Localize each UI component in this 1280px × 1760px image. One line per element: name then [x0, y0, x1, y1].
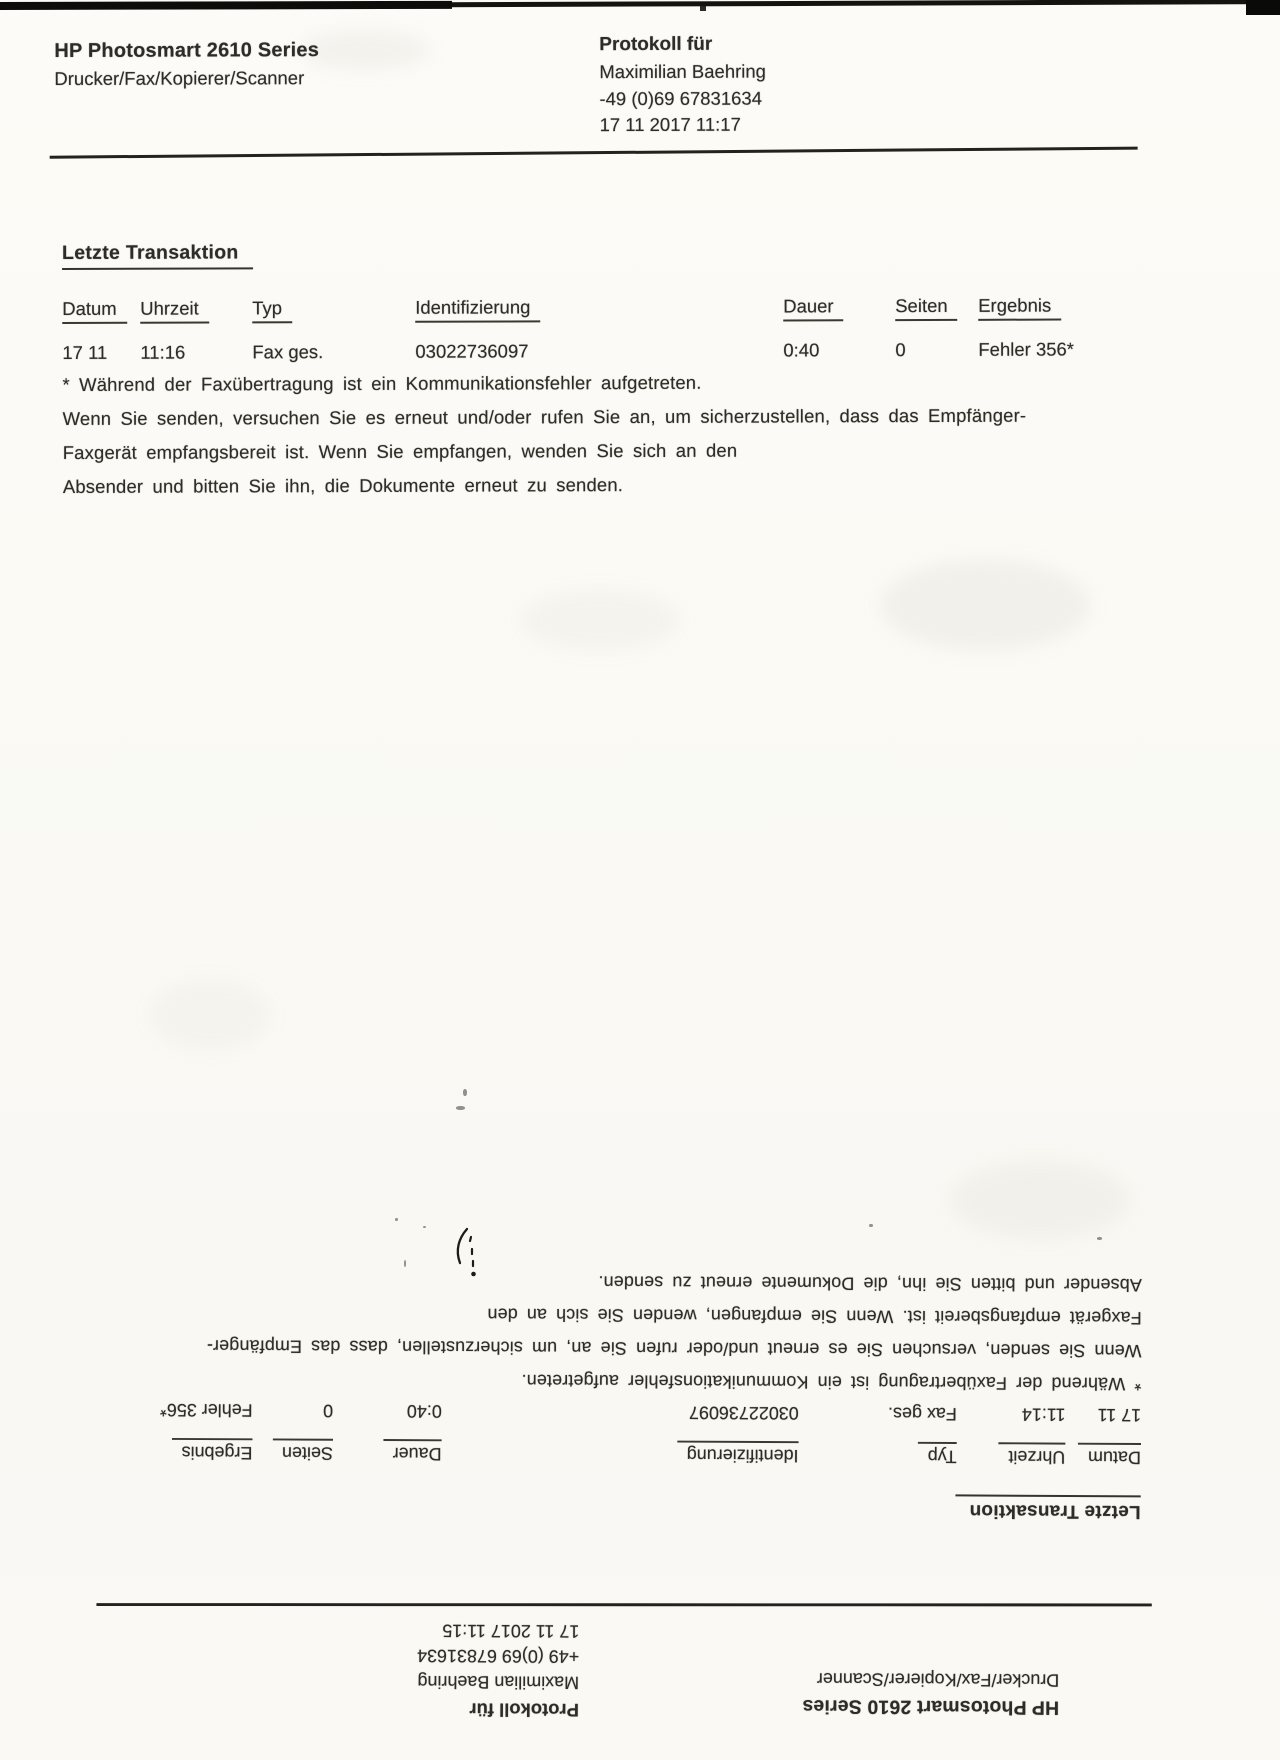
- device-subtitle: Drucker/Fax/Kopierer/Scanner: [54, 67, 304, 90]
- report-datetime: 17 11 2017 11:15: [442, 1620, 579, 1642]
- column-header-seiten: Seiten: [895, 295, 958, 317]
- header-divider-line: [96, 1603, 1151, 1606]
- column-header-seiten-text: Seiten: [895, 295, 958, 321]
- column-header-uhrzeit-text: Uhrzeit: [999, 1442, 1066, 1468]
- fax-report: HP Photosmart 2610 Series Drucker/Fax/Ko…: [0, 0, 1280, 507]
- device-title: HP Photosmart 2610 Series: [802, 1694, 1059, 1718]
- scan-smudge: [950, 1160, 1130, 1240]
- column-header-datum: Datum: [62, 298, 127, 320]
- table-header-row: Datum Uhrzeit Typ Identifizierung Dauer …: [0, 294, 1280, 326]
- column-header-typ: Typ: [918, 1446, 957, 1468]
- scan-artifact: [828, 1320, 831, 1323]
- row-identifizierung: 03022736097: [415, 340, 528, 362]
- column-header-uhrzeit: Uhrzeit: [140, 298, 209, 320]
- row-datum: 17 11: [1098, 1404, 1142, 1426]
- device-title: HP Photosmart 2610 Series: [54, 39, 319, 63]
- scan-artifact: [1097, 1237, 1102, 1240]
- scan-smudge: [150, 980, 270, 1050]
- column-header-typ-text: Typ: [252, 297, 292, 323]
- scan-artifact: [423, 1226, 426, 1228]
- footnote-line: Absender und bitten Sie ihn, die Dokumen…: [598, 1271, 1142, 1295]
- table-header-row: Datum Uhrzeit Typ Identifizierung Dauer …: [0, 1435, 1201, 1469]
- row-seiten: 0: [323, 1400, 333, 1421]
- column-header-dauer: Dauer: [783, 295, 843, 317]
- column-header-dauer: Dauer: [383, 1443, 442, 1465]
- column-header-typ-text: Typ: [918, 1442, 957, 1467]
- fax-report-copy-rotated: HP Photosmart 2610 Series Drucker/Fax/Ko…: [0, 1259, 1202, 1755]
- report-datetime: 17 11 2017 11:17: [600, 114, 741, 136]
- footnote-line: Absender und bitten Sie ihn, die Dokumen…: [63, 474, 623, 498]
- table-row: 17 11 11:16 Fax ges. 03022736097 0:40 0 …: [0, 338, 1280, 370]
- fax-phone-number: -49 (0)69 67831634: [599, 88, 762, 111]
- column-header-seiten-text: Seiten: [272, 1438, 333, 1464]
- row-ergebnis: Fehler 356*: [160, 1399, 253, 1421]
- column-header-ergebnis-text: Ergebnis: [978, 295, 1061, 321]
- footnote-line: Wenn Sie senden, versuchen Sie es erneut…: [207, 1335, 1142, 1361]
- section-title-text: Letzte Transaktion: [62, 241, 253, 270]
- row-uhrzeit: 11:14: [1022, 1404, 1066, 1426]
- section-title: Letzte Transaktion: [956, 1499, 1141, 1522]
- scan-artifact: [463, 1089, 467, 1096]
- scan-artifact: [404, 1260, 406, 1267]
- column-header-typ: Typ: [252, 297, 292, 319]
- column-header-identifizierung-text: Identifizierung: [415, 296, 540, 322]
- scan-artifact: [869, 1224, 873, 1227]
- footnote-line: * Während der Faxübertragung ist ein Kom…: [62, 372, 701, 396]
- column-header-datum-text: Datum: [62, 298, 127, 324]
- row-seiten: 0: [895, 339, 905, 361]
- footnote-line: Faxgerät empfangsbereit ist. Wenn Sie em…: [63, 440, 738, 464]
- header-divider-line: [50, 147, 1138, 159]
- column-header-dauer-text: Dauer: [383, 1439, 442, 1465]
- footnote-line: * Während der Faxübertragung ist ein Kom…: [521, 1370, 1141, 1395]
- column-header-dauer-text: Dauer: [783, 295, 843, 321]
- column-header-seiten: Seiten: [272, 1442, 333, 1464]
- row-uhrzeit: 11:16: [140, 342, 185, 364]
- scan-smudge: [880, 560, 1090, 650]
- scan-artifact: [456, 1106, 465, 1110]
- recipient-name: Maximilian Baehring: [599, 61, 766, 84]
- row-identifizierung: 03022736097: [689, 1402, 799, 1424]
- column-header-datum: Datum: [1078, 1447, 1141, 1469]
- footnote-line: Wenn Sie senden, versuchen Sie es erneut…: [63, 405, 1027, 430]
- table-row: 17 11 11:14 Fax ges. 03022736097 0:40 0 …: [0, 1392, 1201, 1426]
- fax-report: HP Photosmart 2610 Series Drucker/Fax/Ko…: [0, 1259, 1202, 1755]
- protocol-for-label: Protokoll für: [469, 1698, 579, 1720]
- column-header-ergebnis: Ergebnis: [978, 295, 1061, 317]
- column-header-ergebnis-text: Ergebnis: [172, 1438, 253, 1464]
- row-datum: 17 11: [62, 342, 107, 364]
- pen-mark: [450, 1226, 482, 1282]
- recipient-name: Maximilian Baehring: [417, 1671, 579, 1693]
- column-header-identifizierung-text: Identifizierung: [677, 1441, 799, 1467]
- row-ergebnis: Fehler 356*: [978, 338, 1074, 360]
- device-subtitle: Drucker/Fax/Kopierer/Scanner: [817, 1668, 1059, 1691]
- fax-report-copy-upright: HP Photosmart 2610 Series Drucker/Fax/Ko…: [0, 0, 1280, 507]
- section-title: Letzte Transaktion: [62, 241, 253, 265]
- section-title-text: Letzte Transaktion: [956, 1494, 1141, 1522]
- column-header-ergebnis: Ergebnis: [172, 1442, 253, 1464]
- row-dauer: 0:40: [407, 1400, 442, 1422]
- row-dauer: 0:40: [783, 339, 819, 361]
- column-header-uhrzeit: Uhrzeit: [999, 1446, 1066, 1468]
- column-header-identifizierung: Identifizierung: [677, 1444, 799, 1466]
- fax-phone-number: +49 (0)69 67831634: [417, 1645, 579, 1667]
- scan-smudge: [520, 590, 680, 650]
- scan-artifact: [395, 1218, 398, 1221]
- footnote-line: Faxgerät empfangsbereit ist. Wenn Sie em…: [487, 1304, 1141, 1329]
- row-typ: Fax ges.: [252, 341, 323, 363]
- protocol-for-label: Protokoll für: [599, 34, 712, 56]
- scanned-fax-report-page: HP Photosmart 2610 Series Drucker/Fax/Ko…: [0, 0, 1280, 1760]
- column-header-identifizierung: Identifizierung: [415, 296, 540, 318]
- column-header-uhrzeit-text: Uhrzeit: [140, 298, 209, 324]
- row-typ: Fax ges.: [888, 1403, 957, 1425]
- column-header-datum-text: Datum: [1078, 1443, 1141, 1469]
